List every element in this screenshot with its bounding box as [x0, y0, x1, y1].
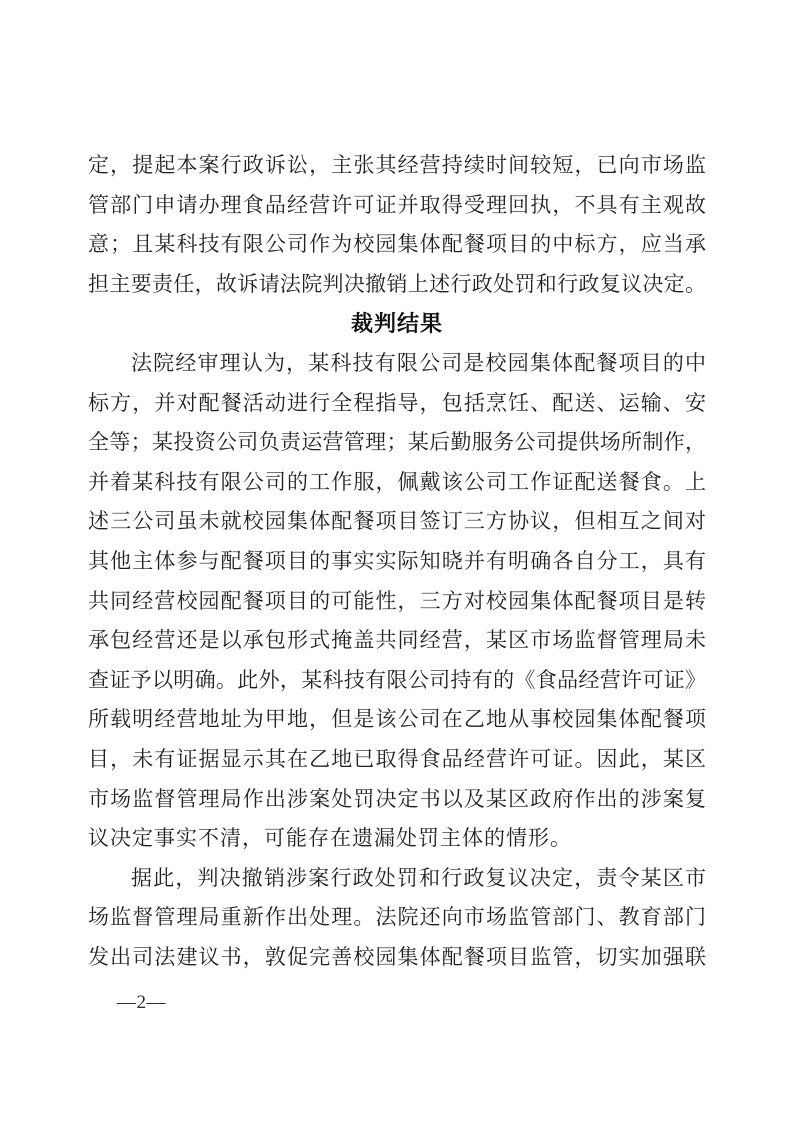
body-line: 发出司法建议书，敦促完善校园集体配餐项目监管，切实加强联	[88, 938, 706, 978]
page-number: —2—	[117, 992, 166, 1014]
body-line: 共同经营校园配餐项目的可能性，三方对校园集体配餐项目是转	[88, 582, 706, 622]
body-line: 场监督管理局重新作出处理。法院还向市场监管部门、教育部门	[88, 898, 706, 938]
body-line: 所载明经营地址为甲地，但是该公司在乙地从事校园集体配餐项	[88, 700, 706, 740]
body-line: 据此，判决撤销涉案行政处罚和行政复议决定，责令某区市	[88, 859, 706, 899]
body-line: 承包经营还是以承包形式掩盖共同经营，某区市场监督管理局未	[88, 621, 706, 661]
body-line: 管部门申请办理食品经营许可证并取得受理回执，不具有主观故	[88, 186, 706, 226]
body-line: 定，提起本案行政诉讼，主张其经营持续时间较短，已向市场监	[88, 146, 706, 186]
body-line: 全等；某投资公司负责运营管理；某后勤服务公司提供场所制作，	[88, 423, 706, 463]
body-line: 市场监督管理局作出涉案处罚决定书以及某区政府作出的涉案复	[88, 780, 706, 820]
document-page: 定，提起本案行政诉讼，主张其经营持续时间较短，已向市场监 管部门申请办理食品经营…	[0, 0, 793, 1122]
body-line: 议决定事实不清，可能存在遗漏处罚主体的情形。	[88, 819, 706, 859]
document-body: 定，提起本案行政诉讼，主张其经营持续时间较短，已向市场监 管部门申请办理食品经营…	[88, 146, 706, 977]
body-line: 法院经审理认为，某科技有限公司是校园集体配餐项目的中	[88, 344, 706, 384]
section-heading: 裁判结果	[88, 304, 706, 344]
body-line: 并着某科技有限公司的工作服，佩戴该公司工作证配送餐食。上	[88, 463, 706, 503]
body-line: 查证予以明确。此外，某科技有限公司持有的《食品经营许可证》	[88, 661, 706, 701]
body-line: 标方，并对配餐活动进行全程指导，包括烹饪、配送、运输、安	[88, 384, 706, 424]
body-line: 意；且某科技有限公司作为校园集体配餐项目的中标方，应当承	[88, 225, 706, 265]
body-line: 其他主体参与配餐项目的事实实际知晓并有明确各自分工，具有	[88, 542, 706, 582]
body-line: 担主要责任，故诉请法院判决撤销上述行政处罚和行政复议决定。	[88, 265, 706, 305]
body-line: 述三公司虽未就校园集体配餐项目签订三方协议，但相互之间对	[88, 502, 706, 542]
body-line: 目，未有证据显示其在乙地已取得食品经营许可证。因此，某区	[88, 740, 706, 780]
